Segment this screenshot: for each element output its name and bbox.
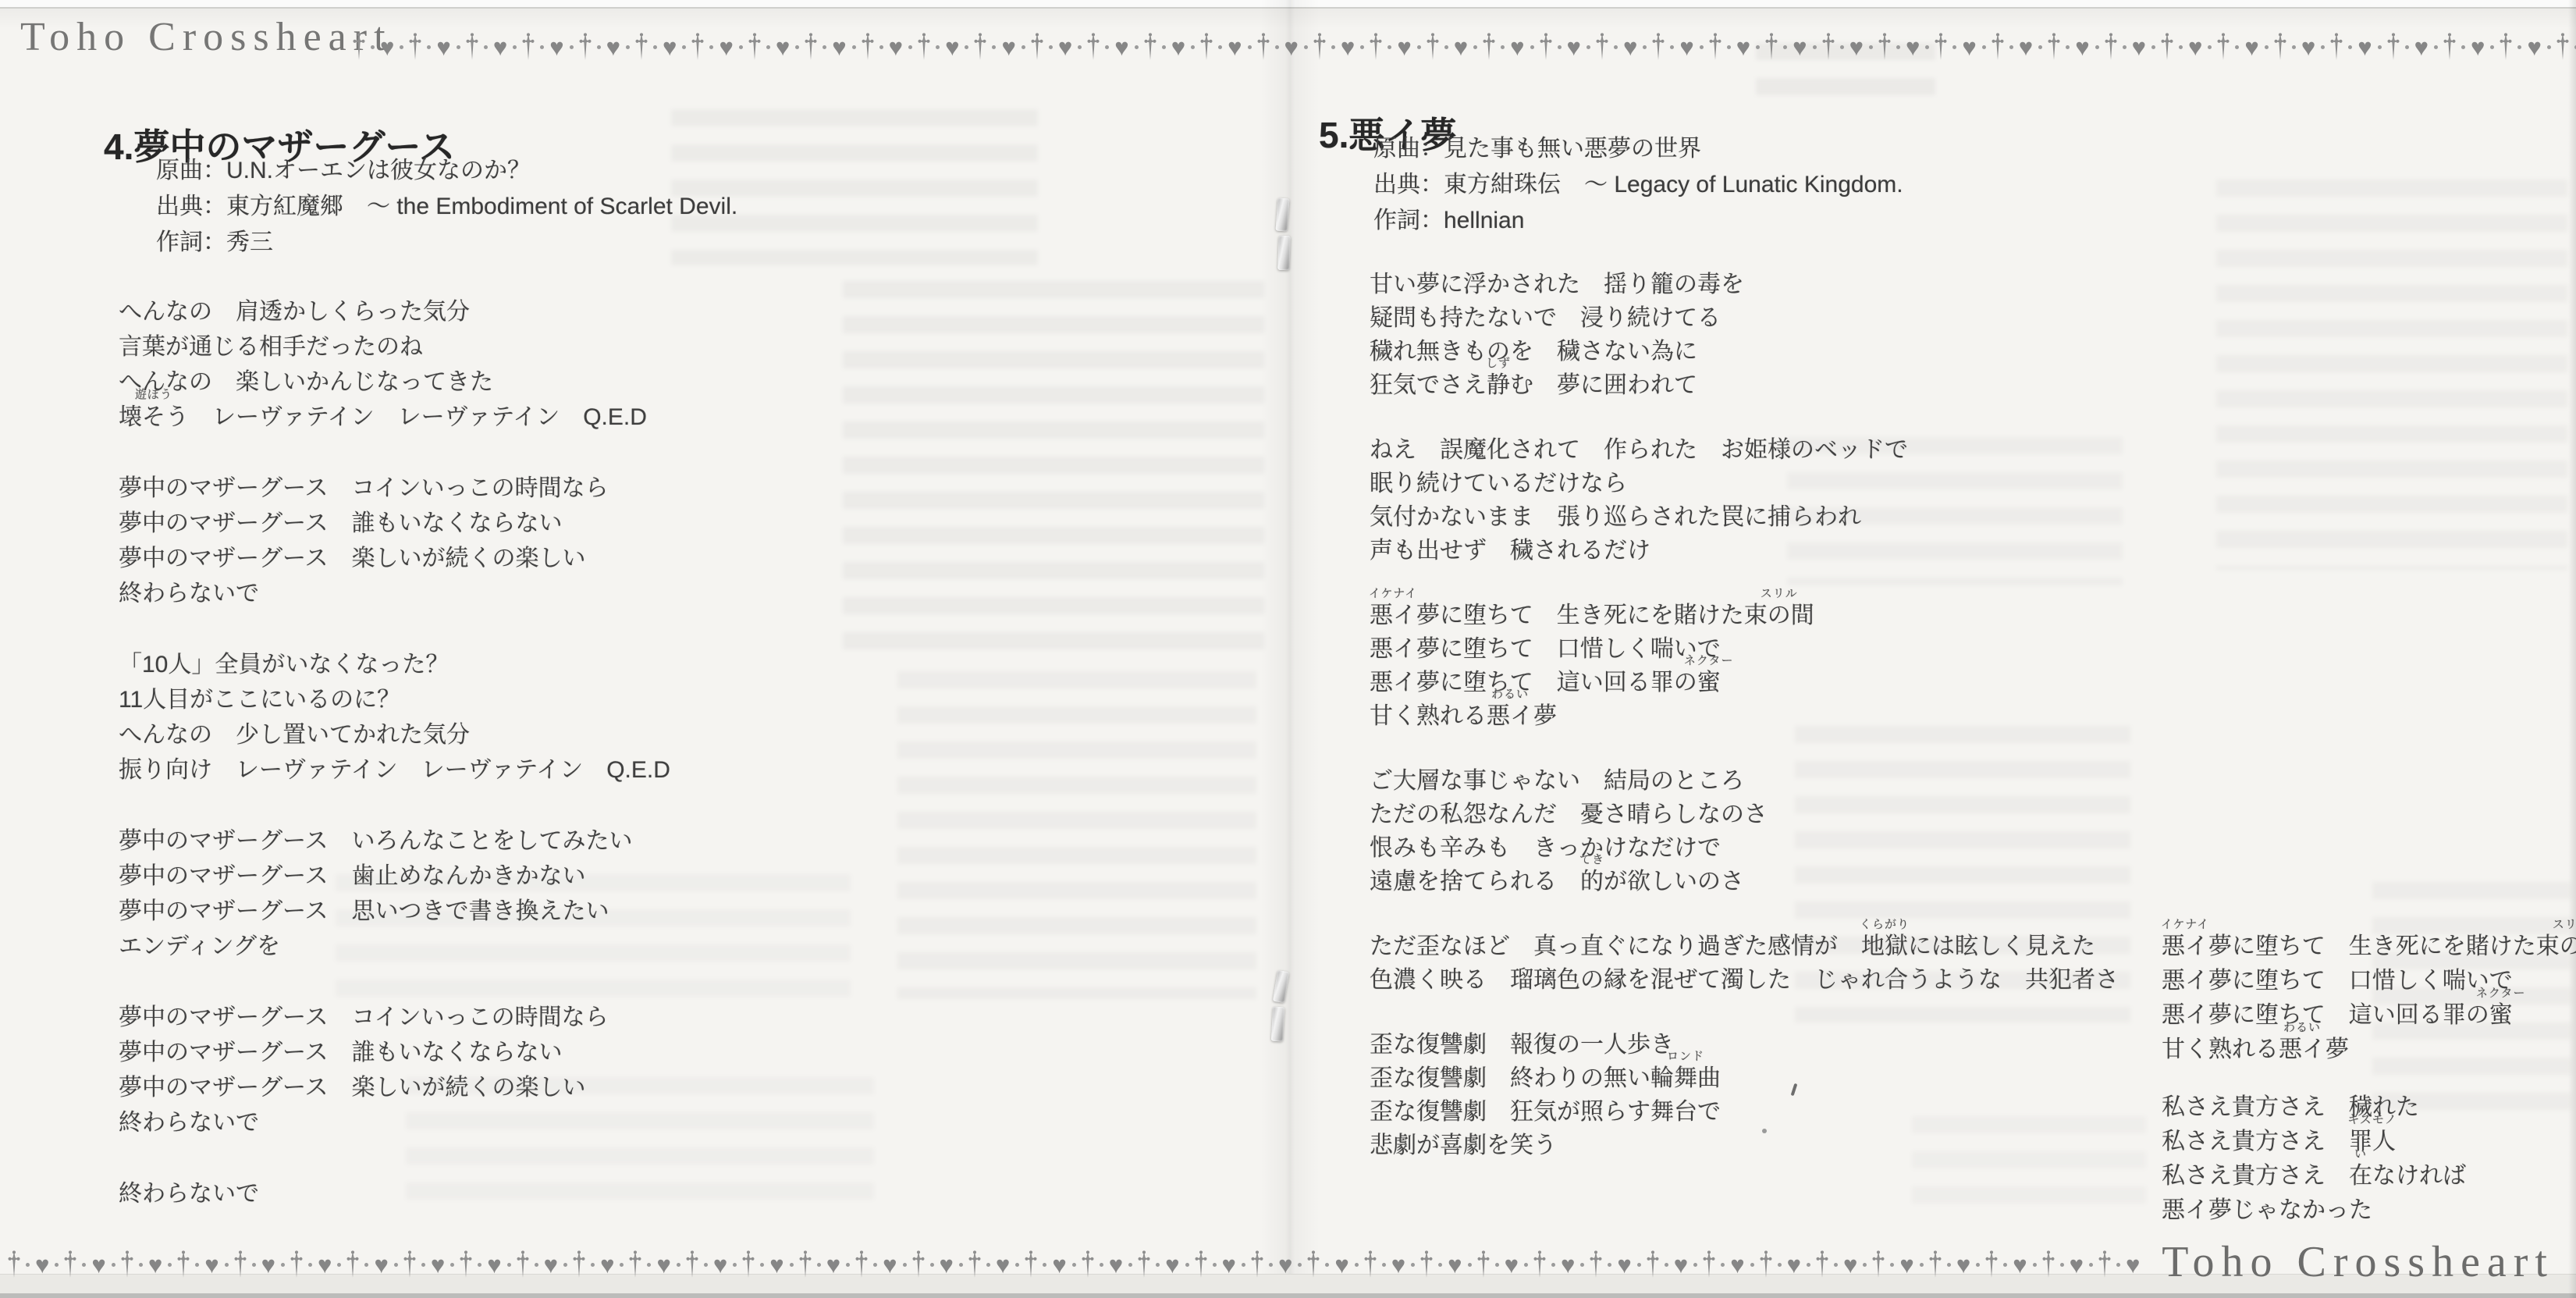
lyric-line: 「10人」全員がいなくなった？ [119, 647, 670, 682]
dot-separator [421, 1263, 425, 1267]
dot-separator [1438, 1263, 1442, 1267]
dot-separator [1727, 45, 1731, 49]
dot-separator [1417, 45, 1421, 49]
heart-icon: ♥ [374, 1253, 388, 1277]
lyric-line: 夢中のマザーグース 思いつきで書き換えたい [119, 894, 670, 929]
dot-separator [2009, 45, 2013, 49]
dot-separator [1072, 1263, 1076, 1267]
lyric-line: 終わらないで [119, 1176, 670, 1211]
cross-icon [2161, 30, 2173, 63]
heart-icon: ♥ [2301, 35, 2315, 59]
dot-separator [308, 1263, 312, 1267]
heart-icon: ♥ [1730, 1253, 1744, 1277]
dot-separator [1530, 45, 1534, 49]
dot-separator [252, 1263, 256, 1267]
cross-icon [1483, 30, 1495, 63]
lyric-line: 穢れ無きものを 穢さない為に [1370, 335, 2119, 368]
lyric-line: 悪イイケナイ夢に堕ちて 生き死にを賭けた束の間スリル [1370, 599, 2119, 632]
heart-icon: ♥ [1334, 1253, 1348, 1277]
booklet-scan: { "brand": { "top_left": "Toho Crosshear… [0, 0, 2576, 1298]
dot-separator [1982, 45, 1986, 49]
dot-separator [2208, 45, 2212, 49]
staple-top-upper [1276, 198, 1290, 232]
lyric-line: 狂気でさえ静しずむ 夢に囲われて [1370, 368, 2119, 402]
dot-separator [1325, 1263, 1329, 1267]
dot-separator [709, 45, 713, 49]
heart-icon: ♥ [2244, 35, 2258, 59]
dot-separator [1920, 1263, 1924, 1267]
heart-icon: ♥ [656, 1253, 670, 1277]
dot-separator [1191, 45, 1195, 49]
lyric-line: 歪な復讐劇 報復の一人歩き [1370, 1028, 2119, 1062]
heart-icon: ♥ [1171, 35, 1185, 59]
dot-separator [2265, 45, 2269, 49]
dot-separator [677, 1263, 680, 1267]
dot-separator [879, 45, 883, 49]
stanza: 終わらないで [119, 1176, 670, 1211]
dot-separator [364, 1263, 368, 1267]
ruby-base: 悪イわるい [1487, 699, 1533, 733]
dot-separator [1501, 45, 1505, 49]
cross-icon [1822, 30, 1835, 63]
dot-separator [2235, 45, 2239, 49]
heart-icon: ♥ [1736, 35, 1750, 59]
dot-separator [1756, 45, 1760, 49]
dot-separator [1269, 1263, 1273, 1267]
track4-number: 4. [104, 126, 133, 167]
lyric-line: 言葉が通じる相手だったのね [119, 329, 670, 365]
heart-icon: ♥ [1114, 35, 1128, 59]
dot-separator [337, 1263, 341, 1267]
heart-icon: ♥ [91, 1253, 105, 1277]
dot-separator [2033, 1263, 2037, 1267]
heart-icon: ♥ [1674, 1253, 1688, 1277]
lyric-line: 振り向け レーヴァテイン レーヴァテイン Q.E.D [119, 752, 670, 788]
heart-icon: ♥ [2126, 1253, 2140, 1277]
ruby-base: 輪舞曲ロンド [1650, 1062, 1721, 1095]
cross-icon [64, 1248, 76, 1281]
dot-separator [903, 1263, 907, 1267]
dot-separator [2292, 45, 2296, 49]
heart-icon: ♥ [1843, 1253, 1857, 1277]
cross-icon [974, 30, 986, 63]
lyric-line: へんなの 楽しいかんじなってきた [119, 365, 670, 400]
lyric-line: 気付かないまま 張り巡らされた罠に捕らわれ [1370, 500, 2119, 534]
dot-separator [1105, 45, 1109, 49]
dot-separator [2038, 45, 2042, 49]
lyric-line: 甘い夢に浮かされた 揺り籠の毒を [1370, 268, 2119, 301]
dot-separator [563, 1263, 567, 1267]
lyric-line: 声も出せず 穢されるだけ [1370, 534, 2119, 567]
lyric-line: 悪イイケナイ夢に堕ちて 生き死にを賭けた束の間スリル [2162, 930, 2576, 964]
lyric-line: 眠り続けているだけなら [1370, 467, 2119, 500]
heart-icon: ♥ [2357, 35, 2372, 59]
staple-top-lower [1277, 236, 1291, 270]
dot-separator [55, 1263, 59, 1267]
cross-icon [1709, 30, 1721, 63]
stanza: 「10人」全員がいなくなった？11人目がここにいるのに？へんなの 少し置いてかれ… [119, 647, 670, 788]
dot-separator [2095, 45, 2099, 49]
dot-separator [1813, 45, 1817, 49]
stanza: 夢中のマザーグース コインいっこの時間なら夢中のマザーグース 誰もいなくならない… [119, 471, 670, 611]
dot-separator [1783, 45, 1787, 49]
furigana: スリル [1761, 588, 1798, 599]
dot-separator [2405, 45, 2409, 49]
dot-separator [1896, 45, 1900, 49]
dot-separator [986, 1263, 990, 1267]
dot-separator [507, 1263, 511, 1267]
dot-separator [1275, 45, 1279, 49]
credit-line: 出典：東方紅魔郷 ～ the Embodiment of Scarlet Dev… [156, 189, 737, 225]
bleedthrough-ghost [2216, 180, 2567, 570]
lyric-line: 夢中のマザーグース コインいっこの時間なら [119, 1000, 670, 1035]
cross-icon [635, 30, 648, 63]
heart-icon: ♥ [1228, 35, 1242, 59]
dot-separator [2089, 1263, 2093, 1267]
dot-separator [766, 45, 770, 49]
heart-icon: ♥ [1448, 1253, 1462, 1277]
cross-icon [1935, 30, 1947, 63]
dot-separator [1608, 1263, 1611, 1267]
heart-icon: ♥ [436, 35, 450, 59]
stanza: 悪イイケナイ夢に堕ちて 生き死にを賭けた束の間スリル悪イ夢に堕ちて 口惜しく喘い… [1370, 599, 2119, 733]
furigana: キズモノ [2347, 1114, 2397, 1126]
cross-icon [1647, 1248, 1659, 1281]
dot-separator [1248, 45, 1252, 49]
credit-line: 作詞：hellnian [1373, 203, 1903, 239]
dot-separator [1078, 45, 1082, 49]
lyric-line: 夢中のマザーグース 誰もいなくならない [119, 506, 670, 541]
heart-icon: ♥ [549, 35, 563, 59]
lyric-line: 夢中のマザーグース 歯止めなんかきかない [119, 859, 670, 894]
heart-icon: ♥ [769, 1253, 783, 1277]
heart-icon: ♥ [2070, 1253, 2084, 1277]
heart-icon: ♥ [883, 1253, 897, 1277]
dot-separator [2066, 45, 2070, 49]
credit-line: 原曲：U.N.オーエンは彼女なのか？ [156, 153, 737, 189]
lyric-line: 終わらないで [119, 1105, 670, 1140]
dot-separator [1444, 45, 1448, 49]
dot-separator [1952, 45, 1956, 49]
heart-icon: ♥ [261, 1253, 275, 1277]
dot-separator [936, 45, 940, 49]
cross-icon [912, 1248, 925, 1281]
stanza: ご大層な事じゃない 結局のところただの私怨なんだ 憂さ晴らしなのさ恨みも辛みも … [1370, 764, 2119, 898]
dot-separator [2123, 45, 2127, 49]
cross-icon [2217, 30, 2230, 63]
heart-icon: ♥ [996, 1253, 1010, 1277]
cross-icon [177, 1248, 190, 1281]
dot-separator [704, 1263, 708, 1267]
heart-icon: ♥ [945, 35, 959, 59]
dot-separator [1304, 45, 1308, 49]
cross-icon [8, 1248, 20, 1281]
stanza: ねえ 誤魔化されて 作られた お姫様のベッドで眠り続けているだけなら気付かないま… [1370, 433, 2119, 567]
cross-icon [353, 30, 365, 63]
cross-icon [855, 1248, 868, 1281]
cross-icon [1364, 1248, 1377, 1281]
ruby-base: 地獄くらがり [1861, 930, 1908, 963]
dot-separator [1750, 1263, 1754, 1267]
stanza: 歪な復讐劇 報復の一人歩き歪な復讐劇 終わりの無い輪舞曲ロンド歪な復讐劇 狂気が… [1370, 1028, 2119, 1162]
cross-icon [403, 1248, 416, 1281]
dot-separator [1411, 1263, 1415, 1267]
furigana: ネクター [1684, 655, 1734, 667]
lyric-line: 悪イ夢に堕ちて 這い回る罪の蜜ネクター [1370, 666, 2119, 699]
dot-separator [2490, 45, 2494, 49]
dot-separator [1022, 45, 1025, 49]
dot-separator [620, 1263, 624, 1267]
stanza: へんなの 肩透かしくらった気分言葉が通じる相手だったのねへんなの 楽しいかんじな… [119, 294, 670, 435]
dot-separator [1382, 1263, 1386, 1267]
cross-icon [1370, 30, 1382, 63]
heart-icon: ♥ [431, 1253, 445, 1277]
dot-separator [1586, 45, 1590, 49]
dot-separator [2434, 45, 2438, 49]
ruby-base: 静しず [1487, 368, 1510, 402]
cross-icon [1765, 30, 1778, 63]
dot-separator [1558, 45, 1562, 49]
cross-icon [1703, 1248, 1715, 1281]
credit-line: 原曲：見た事も無い悪夢の世界 [1373, 131, 1903, 167]
dot-separator [1156, 1263, 1160, 1267]
dot-separator [427, 45, 431, 49]
heart-icon: ♥ [713, 1253, 727, 1277]
heart-icon: ♥ [1793, 35, 1807, 59]
dot-separator [2116, 1263, 2120, 1267]
dot-separator [1925, 45, 1929, 49]
cross-icon [1590, 1248, 1602, 1281]
cross-icon [1427, 30, 1439, 63]
dot-separator [168, 1263, 172, 1267]
dot-separator [1863, 1263, 1867, 1267]
lyric-line: 夢中のマザーグース 楽しいが続くの楽しい [119, 541, 670, 576]
dot-separator [1580, 1263, 1584, 1267]
ruby-base: 的てき [1580, 865, 1604, 898]
ruby-base: 悪イイケナイ [2162, 930, 2208, 964]
cross-icon [1195, 1248, 1207, 1281]
lyric-line: ただの私怨なんだ 憂さ晴らしなのさ [1370, 798, 2119, 831]
dot-separator [484, 45, 488, 49]
dot-separator [1185, 1263, 1189, 1267]
cross-icon [1992, 30, 2004, 63]
stanza: 甘い夢に浮かされた 揺り籠の毒を疑問も持たないで 浸り続けてる穢れ無きものを 穢… [1370, 268, 2119, 402]
dot-separator [739, 45, 743, 49]
dot-separator [2547, 45, 2551, 49]
lyric-line: 夢中のマザーグース いろんなことをしてみたい [119, 823, 670, 859]
dot-separator [450, 1263, 454, 1267]
lyric-line: 終わらないで [119, 576, 670, 611]
heart-icon: ♥ [1341, 35, 1355, 59]
cross-icon [121, 1248, 133, 1281]
heart-icon: ♥ [600, 1253, 614, 1277]
scan-bottom-edge [0, 1293, 2576, 1298]
heart-icon: ♥ [1510, 35, 1524, 59]
decorative-border-bottom: ♥♥♥♥♥♥♥♥♥♥♥♥♥♥♥♥♥♥♥♥♥♥♥♥♥♥♥♥♥♥♥♥♥♥♥♥♥♥♥♥… [8, 1243, 2143, 1286]
dot-separator [965, 45, 968, 49]
dot-separator [112, 1263, 115, 1267]
cross-icon [579, 30, 592, 63]
credit-line: 作詞：秀三 [156, 225, 737, 261]
cross-icon [234, 1248, 247, 1281]
furigana: 遊ぼう [135, 389, 172, 400]
dot-separator [1298, 1263, 1302, 1267]
cross-icon [748, 30, 761, 63]
ruby-base: 壊そう遊ぼう [119, 400, 189, 435]
dot-separator [846, 1263, 850, 1267]
furigana: しず [1486, 357, 1511, 369]
dot-separator [1049, 45, 1053, 49]
dot-separator [2321, 45, 2325, 49]
cross-icon [466, 30, 478, 63]
heart-icon: ♥ [1278, 1253, 1292, 1277]
heart-icon: ♥ [1899, 1253, 1913, 1277]
heart-icon: ♥ [663, 35, 677, 59]
cross-icon [2330, 30, 2343, 63]
dot-separator [959, 1263, 963, 1267]
dot-separator [1135, 45, 1139, 49]
track5-number: 5. [1319, 115, 1348, 155]
dot-separator [597, 45, 601, 49]
heart-icon: ♥ [2188, 35, 2202, 59]
dot-separator [281, 1263, 285, 1267]
heart-icon: ♥ [1505, 1253, 1519, 1277]
staple-bottom-lower [1271, 1007, 1284, 1042]
dot-separator [1162, 45, 1166, 49]
lyric-line: へんなの 肩透かしくらった気分 [119, 294, 670, 329]
stanza: 夢中のマザーグース コインいっこの時間なら夢中のマザーグース 誰もいなくならない… [119, 1000, 670, 1140]
heart-icon: ♥ [1567, 35, 1581, 59]
lyric-line: 疑問も持たないで 浸り続けてる [1370, 301, 2119, 335]
ruby-base: 悪イわるい [2279, 1033, 2326, 1067]
dot-separator [225, 1263, 229, 1267]
dot-separator [823, 45, 826, 49]
track5-lyrics-column2: 悪イイケナイ夢に堕ちて 生き死にを賭けた束の間スリル悪イ夢に堕ちて 口惜しく喘い… [2162, 930, 2576, 1251]
heart-icon: ♥ [940, 1253, 954, 1277]
dot-separator [2517, 45, 2521, 49]
dot-separator [1614, 45, 1618, 49]
cross-icon [1144, 30, 1157, 63]
cross-icon [629, 1248, 641, 1281]
stanza: 悪イイケナイ夢に堕ちて 生き死にを賭けた束の間スリル悪イ夢に堕ちて 口惜しく喘い… [2162, 930, 2576, 1067]
lyric-line: 甘く熟れる悪イわるい夢 [1370, 699, 2119, 733]
cross-icon [1200, 30, 1213, 63]
cross-icon [2105, 30, 2117, 63]
dot-separator [817, 1263, 821, 1267]
dot-separator [371, 45, 375, 49]
lyric-line: 甘く熟れる悪イわるい夢 [2162, 1033, 2576, 1067]
heart-icon: ♥ [1109, 1253, 1123, 1277]
cross-icon [1313, 30, 1326, 63]
decorative-border-top: ♥♥♥♥♥♥♥♥♥♥♥♥♥♥♥♥♥♥♥♥♥♥♥♥♥♥♥♥♥♥♥♥♥♥♥♥♥♥♥♥… [353, 25, 2576, 69]
dot-separator [1242, 1263, 1245, 1267]
lyric-line: 夢中のマザーグース コインいっこの時間なら [119, 471, 670, 506]
cross-icon [290, 1248, 303, 1281]
lyric-line: 夢中のマザーグース 誰もいなくならない [119, 1035, 670, 1070]
ruby-base: 蜜ネクター [1697, 666, 1721, 699]
dot-separator [1213, 1263, 1217, 1267]
lyric-line: 色濃く映る 瑠璃色の縁を混ぜて濁した じゃれ合うような 共犯者さ [1370, 963, 2119, 997]
dot-separator [930, 1263, 934, 1267]
ruby-base: 在い [2349, 1159, 2372, 1193]
furigana: イケナイ [1369, 588, 1417, 599]
dot-separator [1387, 45, 1391, 49]
cross-icon [2500, 30, 2512, 63]
dot-separator [1355, 1263, 1359, 1267]
dot-separator [1468, 1263, 1472, 1267]
cross-icon [2556, 30, 2569, 63]
dot-separator [1551, 1263, 1555, 1267]
dot-separator [394, 1263, 398, 1267]
heart-icon: ♥ [1617, 1253, 1631, 1277]
lyric-line: エンディングを [119, 929, 670, 964]
heart-icon: ♥ [1962, 35, 1976, 59]
dot-separator [1100, 1263, 1103, 1267]
cross-icon [1251, 1248, 1263, 1281]
dot-separator [873, 1263, 877, 1267]
dot-separator [1495, 1263, 1499, 1267]
heart-icon: ♥ [1454, 35, 1468, 59]
cross-icon [1477, 1248, 1490, 1281]
dot-separator [570, 45, 574, 49]
cross-icon [1138, 1248, 1150, 1281]
dot-separator [2179, 45, 2183, 49]
dot-separator [1721, 1263, 1725, 1267]
cross-icon [1031, 30, 1043, 63]
heart-icon: ♥ [826, 1253, 840, 1277]
lyric-line: ご大層な事じゃない 結局のところ [1370, 764, 2119, 798]
heart-icon: ♥ [606, 35, 620, 59]
heart-icon: ♥ [1787, 1253, 1801, 1277]
cross-icon [1872, 1248, 1885, 1281]
ruby-base: 束の間スリル [2536, 930, 2576, 964]
cross-icon [573, 1248, 585, 1281]
dot-separator [1869, 45, 1873, 49]
ruby-base: 蜜ネクター [2489, 998, 2513, 1033]
dot-separator [626, 45, 630, 49]
cross-icon [2387, 30, 2400, 63]
cross-icon [1025, 1248, 1037, 1281]
dot-separator [478, 1263, 481, 1267]
lyric-line: 悪イ夢に堕ちて 這い回る罪の蜜ネクター [2162, 998, 2576, 1033]
stanza: 私さえ貴方さえ 穢れた私さえ貴方さえ 罪人キズモノ私さえ貴方さえ 在いなければ悪… [2162, 1090, 2576, 1228]
cross-icon [2443, 30, 2456, 63]
bleedthrough-ghost [897, 671, 1256, 999]
credit-line: 出典：東方紺珠伝 ～ Legacy of Lunatic Kingdom. [1373, 167, 1903, 203]
cross-icon [1082, 1248, 1094, 1281]
heart-icon: ♥ [1623, 35, 1637, 59]
cross-icon [1760, 1248, 1772, 1281]
lyric-line: ただ歪なほど 真っ直ぐになり過ぎた感情が 地獄くらがりには眩しく見えた [1370, 930, 2119, 963]
dot-separator [760, 1263, 764, 1267]
lyric-line: 歪な復讐劇 狂気が照らす舞台で [1370, 1095, 2119, 1129]
dot-separator [1331, 45, 1335, 49]
cross-icon [517, 1248, 529, 1281]
heart-icon: ♥ [487, 1253, 501, 1277]
furigana: くらがり [1860, 919, 1910, 930]
heart-icon: ♥ [35, 1253, 49, 1277]
dot-separator [1834, 1263, 1838, 1267]
dot-separator [992, 45, 996, 49]
cross-icon [2274, 30, 2286, 63]
dot-separator [591, 1263, 595, 1267]
dot-separator [1670, 45, 1674, 49]
lyric-line: 恨みも辛みも きっかけなだけで [1370, 831, 2119, 865]
heart-icon: ♥ [1058, 35, 1072, 59]
dot-separator [26, 1263, 30, 1267]
heart-icon: ♥ [2527, 35, 2541, 59]
cross-icon [522, 30, 535, 63]
